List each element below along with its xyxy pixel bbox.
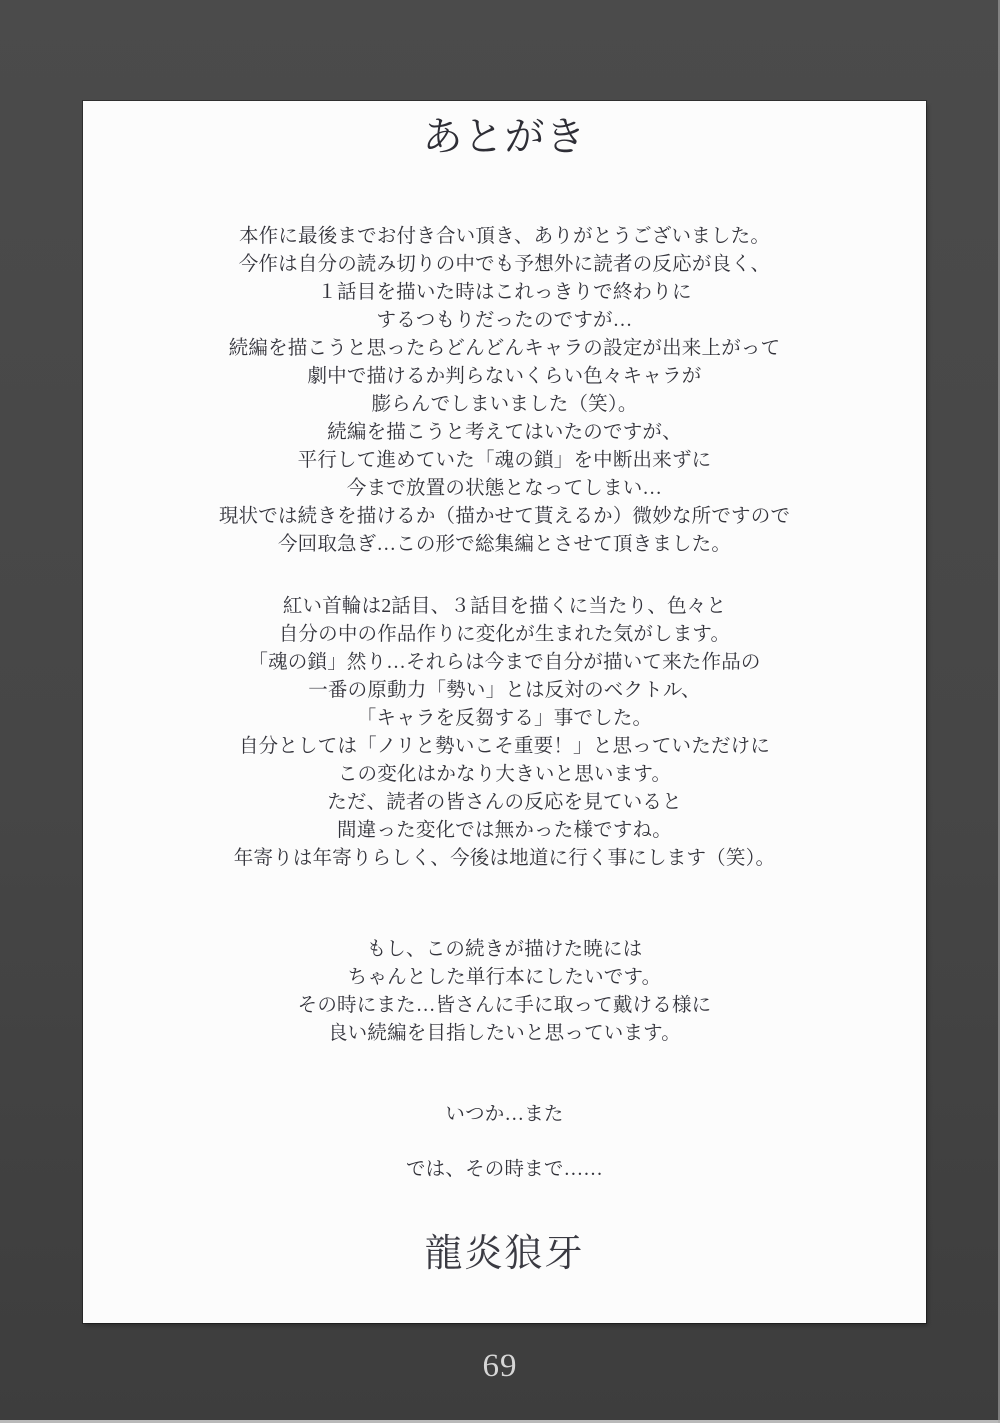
text-line: 一番の原動力「勢い」とは反対のベクトル、 xyxy=(83,677,926,705)
text-line: 良い続編を目指したいと思っています。 xyxy=(83,1020,926,1048)
text-line: 続編を描こうと思ったらどんどんキャラの設定が出来上がって xyxy=(83,335,926,363)
page-number: 69 xyxy=(0,1348,1000,1385)
afterword-page: あとがき 本作に最後までお付き合い頂き、ありがとうございました。 今作は自分の読… xyxy=(83,101,926,1323)
text-line: 「魂の鎖」然り…それらは今まで自分が描いて来た作品の xyxy=(83,649,926,677)
page-title: あとがき xyxy=(83,111,926,163)
text-line: 今回取急ぎ…この形で総集編とさせて頂きました。 xyxy=(83,531,926,559)
text-line: 平行して進めていた「魂の鎖」を中断出来ずに xyxy=(83,447,926,475)
text-line: 劇中で描けるか判らないくらい色々キャラが xyxy=(83,363,926,391)
text-line: 年寄りは年寄りらしく、今後は地道に行く事にします（笑）。 xyxy=(83,845,926,873)
text-line: その時にまた…皆さんに手に取って戴ける様に xyxy=(83,992,926,1020)
text-line: １話目を描いた時はこれっきりで終わりに xyxy=(83,279,926,307)
paragraph-1: 本作に最後までお付き合い頂き、ありがとうございました。 今作は自分の読み切りの中… xyxy=(83,223,926,559)
text-line: この変化はかなり大きいと思います。 xyxy=(83,761,926,789)
text-line: するつもりだったのですが… xyxy=(83,307,926,335)
text-line: ちゃんとした単行本にしたいです。 xyxy=(83,964,926,992)
text-line: 本作に最後までお付き合い頂き、ありがとうございました。 xyxy=(83,223,926,251)
text-line: 続編を描こうと考えてはいたのですが、 xyxy=(83,419,926,447)
text-line: もし、この続きが描けた暁には xyxy=(83,936,926,964)
text-line: いつか…また xyxy=(83,1101,926,1129)
text-line: 現状では続きを描けるか（描かせて貰えるか）微妙な所ですので xyxy=(83,503,926,531)
text-line: 今作は自分の読み切りの中でも予想外に読者の反応が良く、 xyxy=(83,251,926,279)
paragraph-4: いつか…また xyxy=(83,1101,926,1129)
text-line: 自分の中の作品作りに変化が生まれた気がします。 xyxy=(83,621,926,649)
text-line: では、その時まで…… xyxy=(83,1156,926,1184)
text-line: 自分としては「ノリと勢いこそ重要！」と思っていただけに xyxy=(83,733,926,761)
paragraph-2: 紅い首輪は2話目、３話目を描くに当たり、色々と 自分の中の作品作りに変化が生まれ… xyxy=(83,593,926,873)
paragraph-5: では、その時まで…… xyxy=(83,1156,926,1184)
author-signature: 龍炎狼牙 xyxy=(83,1229,926,1279)
text-line: ただ、読者の皆さんの反応を見ていると xyxy=(83,789,926,817)
text-line: 紅い首輪は2話目、３話目を描くに当たり、色々と xyxy=(83,593,926,621)
text-line: 「キャラを反芻する」事でした。 xyxy=(83,705,926,733)
text-line: 膨らんでしまいました（笑）。 xyxy=(83,391,926,419)
paragraph-3: もし、この続きが描けた暁には ちゃんとした単行本にしたいです。 その時にまた…皆… xyxy=(83,936,926,1048)
text-line: 今まで放置の状態となってしまい… xyxy=(83,475,926,503)
text-line: 間違った変化では無かった様ですね。 xyxy=(83,817,926,845)
